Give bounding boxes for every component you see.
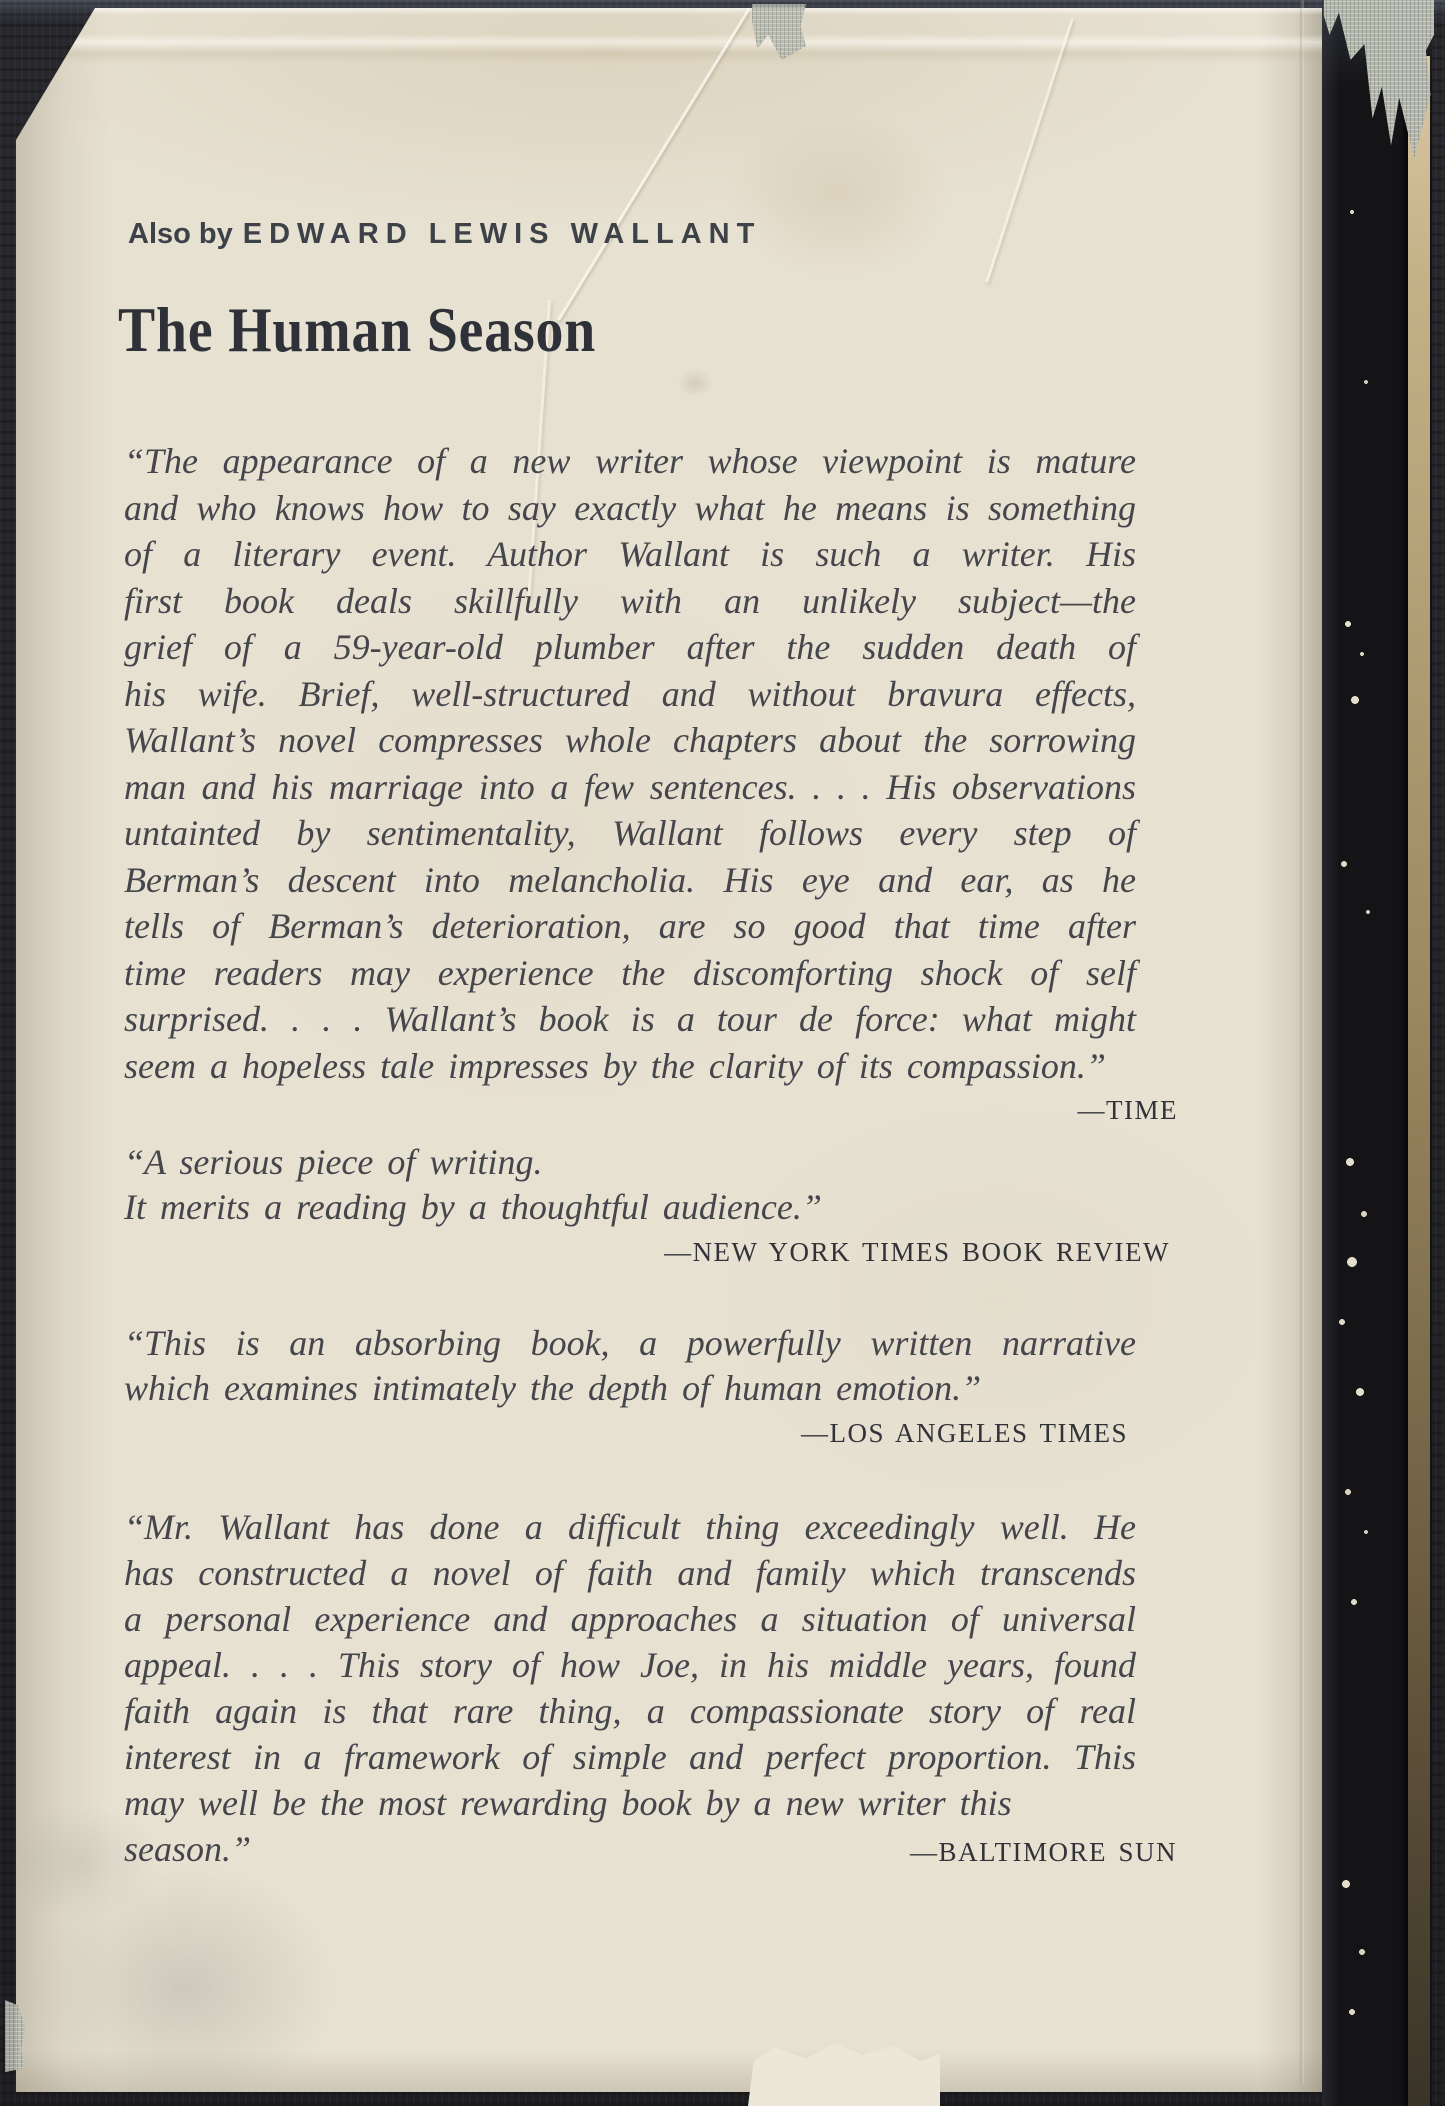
quote-line: and who knows how to say exactly what he… [124,485,1136,532]
attribution-baltimore-sun: —BALTIMORE SUN [124,1831,1177,1873]
quote-line: interest in a framework of simple and pe… [124,1734,1136,1780]
quote-nytimes: “A serious piece of writing. It merits a… [124,1140,1136,1230]
jacket-fold-line [1300,0,1304,2084]
quote-time: “The appearance of a new writer whose vi… [124,438,1136,1089]
quote-line: “The appearance of a new writer whose vi… [124,438,1136,485]
attribution-latimes: —LOS ANGELES TIMES [124,1412,1128,1454]
quote-line: a personal experience and approaches a s… [124,1596,1136,1642]
quote-line: “This is an absorbing book, a powerfully… [124,1321,1136,1366]
author-name: EDWARD LEWIS WALLANT [243,218,762,250]
attribution-nytimes: —NEW YORK TIMES BOOK REVIEW [124,1231,1170,1273]
quote-line: grief of a 59-year-old plumber after the… [124,624,1136,671]
photo-background: Also byEDWARD LEWIS WALLANT The Human Se… [0,0,1445,2106]
book-title: The Human Season [118,294,596,366]
quote-line: of a literary event. Author Wallant is s… [124,531,1136,578]
quote-line: untainted by sentimentality, Wallant fol… [124,810,1136,857]
quote-line: “A serious piece of writing. [124,1140,1136,1185]
quote-line: man and his marriage into a few sentence… [124,764,1136,811]
quote-latimes: “This is an absorbing book, a powerfully… [124,1321,1136,1411]
spine-edge-strip [1408,56,1430,2106]
quote-line: time readers may experience the discomfo… [124,950,1136,997]
attribution-time: —TIME [124,1089,1178,1131]
quote-line: which examines intimately the depth of h… [124,1366,1136,1411]
quote-line: has constructed a novel of faith and fam… [124,1550,1136,1596]
quote-line: Berman’s descent into melancholia. His e… [124,857,1136,904]
quote-line: his wife. Brief, well-structured and wit… [124,671,1136,718]
quote-line: seem a hopeless tale impresses by the cl… [124,1043,1136,1090]
quote-line: tells of Berman’s deterioration, are so … [124,903,1136,950]
quote-line: “Mr. Wallant has done a difficult thing … [124,1504,1136,1550]
quote-baltimore-sun: “Mr. Wallant has done a difficult thing … [124,1504,1136,1872]
quote-line: It merits a reading by a thoughtful audi… [124,1185,1136,1230]
quote-line: appeal. . . . This story of how Joe, in … [124,1642,1136,1688]
book-spine [1322,0,1432,2106]
quote-line: surprised. . . . Wallant’s book is a tou… [124,996,1136,1043]
quote-line: Wallant’s novel compresses whole chapter… [124,717,1136,764]
also-by-line: Also byEDWARD LEWIS WALLANT [128,212,761,256]
quote-line: first book deals skillfully with an unli… [124,578,1136,625]
also-by-prefix: Also by [128,218,233,250]
quote-line: faith again is that rare thing, a compas… [124,1688,1136,1734]
